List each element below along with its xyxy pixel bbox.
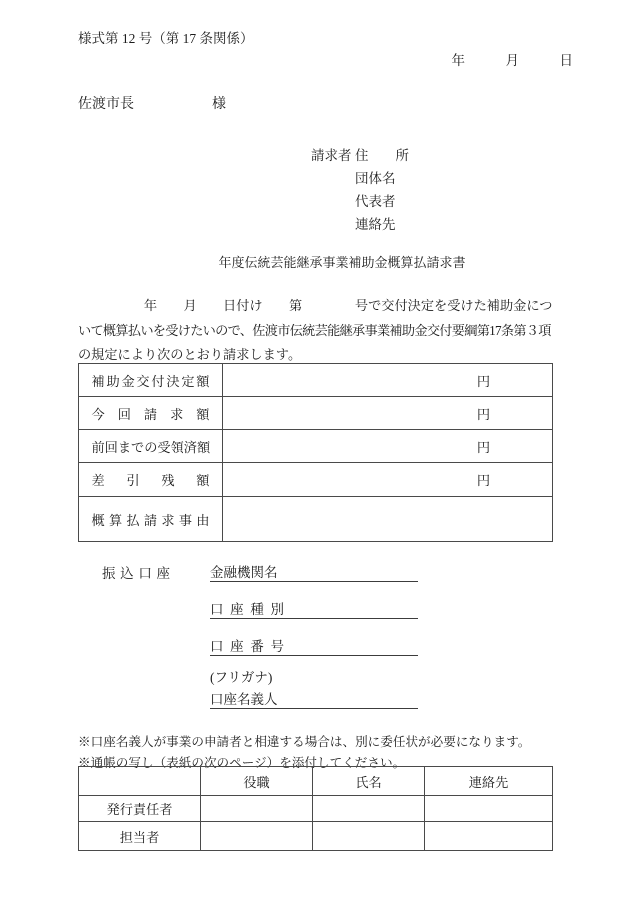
bank-field-label-account-holder: 口座名義人 xyxy=(210,688,278,708)
amount-label-current-request: 今回請求額 xyxy=(92,404,210,423)
amount-value-received: 円 xyxy=(223,430,552,462)
amount-row-decided: 補助金交付決定額 円 xyxy=(79,364,552,397)
addressee-name: 佐渡市長 xyxy=(78,97,134,112)
amount-label-reason: 概算払請求事由 xyxy=(92,510,210,529)
addressee-line: 佐渡市長様 xyxy=(78,93,226,113)
bank-field-furigana: (フリガナ) xyxy=(210,668,418,686)
bank-field-account-holder: 口座名義人 xyxy=(210,687,418,709)
contact-header-name: 氏名 xyxy=(313,767,425,795)
contact-cell xyxy=(313,822,425,850)
body-line-2: いて概算払いを受けたいので、佐渡市伝統芸能継承事業補助金交付要綱第17条第３項 xyxy=(78,319,560,344)
body-paragraph: 年 月 日付け 第 号で交付決定を受けた補助金につ いて概算払いを受けたいので、… xyxy=(78,294,560,368)
amount-table: 補助金交付決定額 円 今回請求額 円 前回までの受領済額 円 差引残額 円 概算… xyxy=(78,363,553,542)
contact-cell xyxy=(201,796,313,821)
yen-unit: 円 xyxy=(477,470,490,489)
contact-cell xyxy=(313,796,425,821)
date-line: 年 月 日 xyxy=(452,49,574,69)
contact-header-contact: 連絡先 xyxy=(425,767,552,795)
contact-header-row: 役職 氏名 連絡先 xyxy=(79,767,552,796)
requester-field-representative: 代表者 xyxy=(355,190,409,213)
requester-field-organization: 団体名 xyxy=(355,167,409,190)
yen-unit: 円 xyxy=(477,371,490,390)
amount-row-reason: 概算払請求事由 xyxy=(79,497,552,541)
requester-fields: 住 所 団体名 代表者 連絡先 xyxy=(355,144,409,236)
amount-value-decided: 円 xyxy=(223,364,552,396)
amount-label-decided: 補助金交付決定額 xyxy=(92,371,210,390)
contact-row-label-issuer: 発行責任者 xyxy=(79,796,201,821)
bank-field-institution: 金融機関名 xyxy=(210,560,418,582)
note-proxy-required: ※口座名義人が事業の申請者と相違する場合は、別に委任状が必要になります。 xyxy=(78,731,530,750)
document-title: 年度伝統芸能継承事業補助金概算払請求書 xyxy=(0,252,630,271)
contact-cell xyxy=(425,822,552,850)
bank-field-label-furigana: (フリガナ) xyxy=(210,666,272,686)
contact-header-position: 役職 xyxy=(201,767,313,795)
contact-cell xyxy=(201,822,313,850)
requester-label: 請求者 xyxy=(311,144,352,164)
contact-table: 役職 氏名 連絡先 発行責任者 担当者 xyxy=(78,766,553,851)
amount-row-current-request: 今回請求額 円 xyxy=(79,397,552,430)
bank-field-account-type: 口座種別 xyxy=(210,597,418,619)
amount-label-received: 前回までの受領済額 xyxy=(92,437,210,456)
bank-field-label-account-number: 口座番号 xyxy=(210,635,284,655)
bank-transfer-label: 振込口座 xyxy=(102,562,170,582)
contact-row-issuer: 発行責任者 xyxy=(79,796,552,822)
contact-row-label-staff: 担当者 xyxy=(79,822,201,850)
amount-value-reason xyxy=(223,497,552,541)
bank-field-account-number: 口座番号 xyxy=(210,634,418,656)
amount-label-balance: 差引残額 xyxy=(92,470,210,489)
form-number: 様式第 12 号（第 17 条関係） xyxy=(78,27,254,47)
document-page: 様式第 12 号（第 17 条関係） 年 月 日 佐渡市長様 請求者 住 所 団… xyxy=(0,0,630,903)
requester-field-address: 住 所 xyxy=(355,144,409,167)
requester-field-contact: 連絡先 xyxy=(355,213,409,236)
contact-cell xyxy=(425,796,552,821)
amount-row-received: 前回までの受領済額 円 xyxy=(79,430,552,463)
amount-row-balance: 差引残額 円 xyxy=(79,463,552,497)
honorific: 様 xyxy=(212,97,226,112)
contact-row-staff: 担当者 xyxy=(79,822,552,850)
bank-field-label-account-type: 口座種別 xyxy=(210,598,284,618)
body-line-1: 年 月 日付け 第 号で交付決定を受けた補助金につ xyxy=(78,294,560,319)
amount-value-balance: 円 xyxy=(223,463,552,496)
yen-unit: 円 xyxy=(477,404,490,423)
contact-header-blank xyxy=(79,767,201,795)
bank-field-label-institution: 金融機関名 xyxy=(210,561,278,581)
amount-value-current-request: 円 xyxy=(223,397,552,429)
yen-unit: 円 xyxy=(477,437,490,456)
